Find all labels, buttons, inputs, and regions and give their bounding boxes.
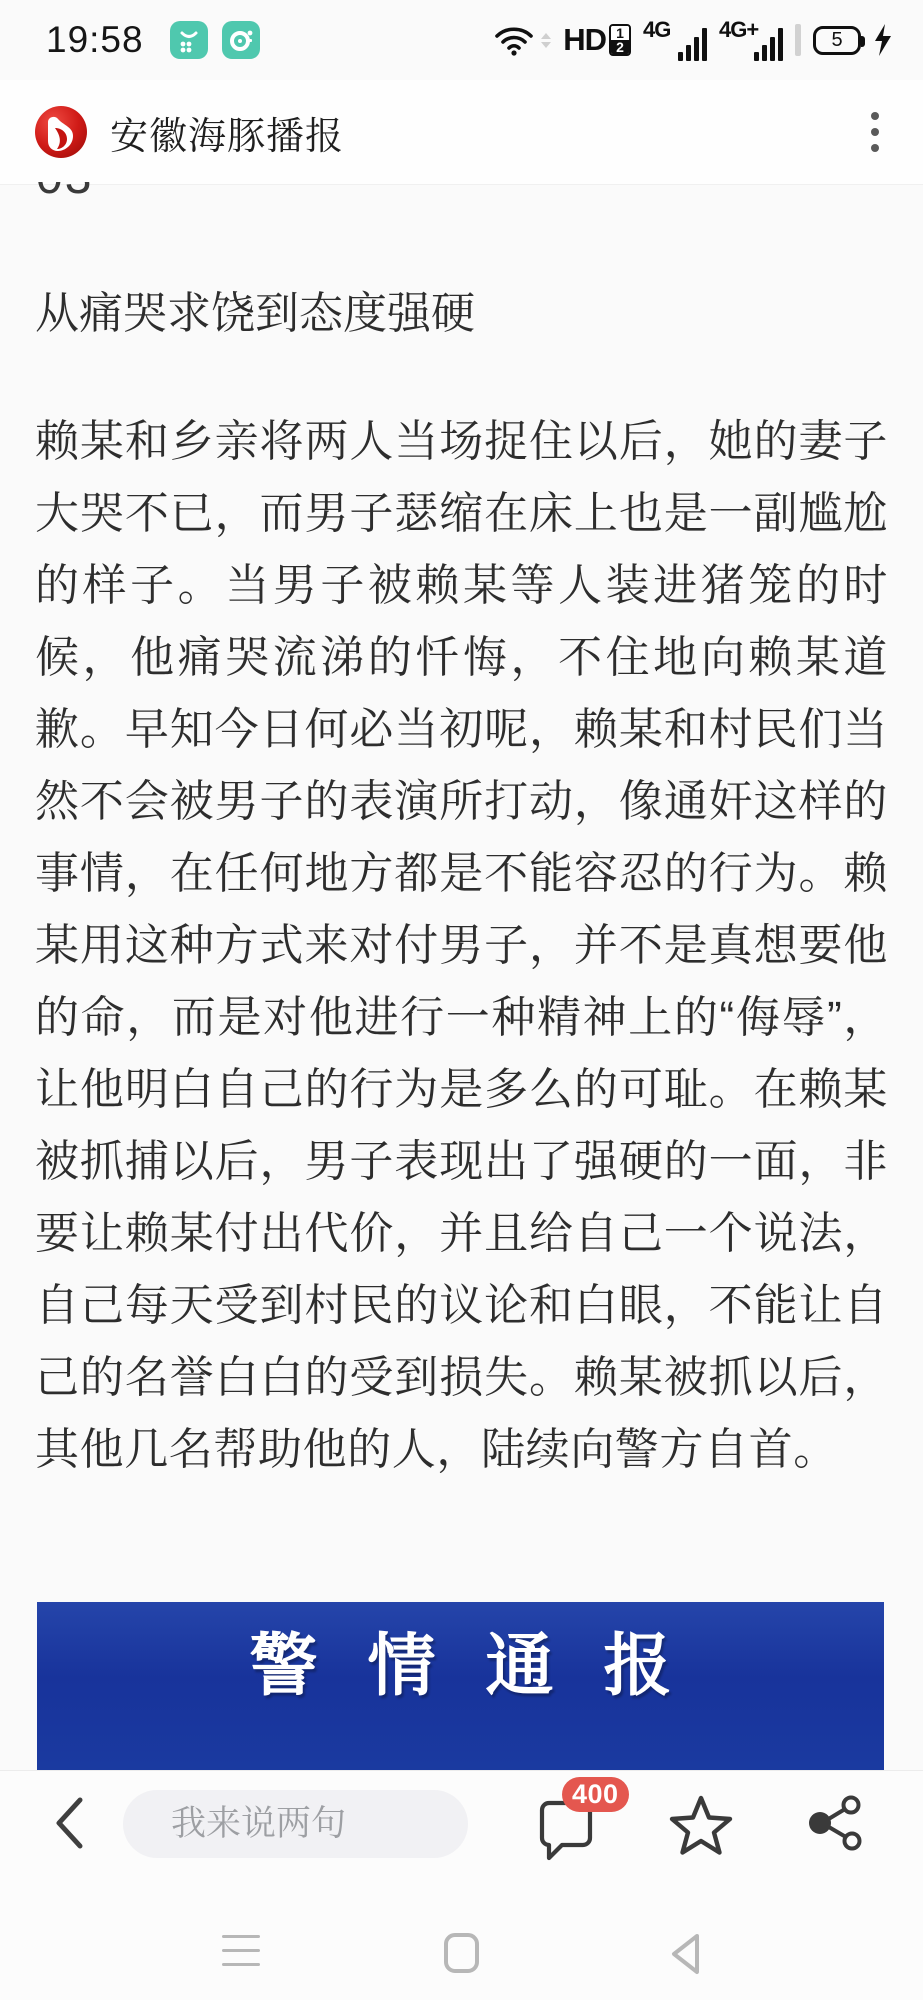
charging-bolt-icon	[873, 23, 893, 57]
data-activity-icon	[541, 33, 551, 48]
android-navbar	[0, 1875, 923, 2000]
home-button[interactable]	[444, 1933, 479, 1973]
bottom-toolbar: 400	[0, 1770, 923, 1875]
page-title: 安徽海豚播报	[110, 105, 344, 160]
battery-level: 5	[831, 29, 842, 52]
signal-ghost-bar	[795, 24, 801, 56]
app-header: 安徽海豚播报	[0, 80, 923, 184]
section-number-clipped: 03	[36, 182, 93, 203]
sim-badge: 1 2	[609, 24, 631, 56]
article-subtitle: 从痛哭求饶到态度强硬	[35, 284, 475, 344]
nav-back-button[interactable]	[664, 1929, 704, 1979]
banner-title: 警情通报	[249, 1612, 721, 1709]
app-notification-icon-1	[170, 21, 208, 59]
app-notification-icon-2	[222, 21, 260, 59]
recents-button[interactable]	[222, 1935, 260, 1966]
back-button[interactable]	[52, 1795, 86, 1851]
article-body: 赖某和乡亲将两人当场捉住以后，她的妻子大哭不已，而男子瑟缩在床上也是一副尴尬的样…	[35, 406, 888, 1486]
signal-4g-plus-icon: 4G+	[719, 17, 783, 63]
notification-icons	[170, 21, 260, 59]
more-menu-button[interactable]	[861, 106, 889, 158]
app-logo	[34, 105, 88, 159]
wifi-icon	[493, 23, 535, 57]
comment-count-badge: 400	[562, 1777, 629, 1812]
volte-hd-icon: HD 1 2	[563, 22, 631, 58]
police-notice-banner-image[interactable]: 警情通报	[37, 1602, 884, 1770]
signal-4g-icon: 4G	[643, 17, 707, 63]
share-button[interactable]	[806, 1795, 862, 1853]
favorite-star-button[interactable]	[668, 1792, 734, 1856]
comment-input[interactable]	[123, 1790, 468, 1858]
clock: 19:58	[46, 19, 144, 61]
battery-icon: 5	[813, 26, 861, 55]
status-bar: 19:58 HD 1 2 4G 4G+	[0, 0, 923, 80]
